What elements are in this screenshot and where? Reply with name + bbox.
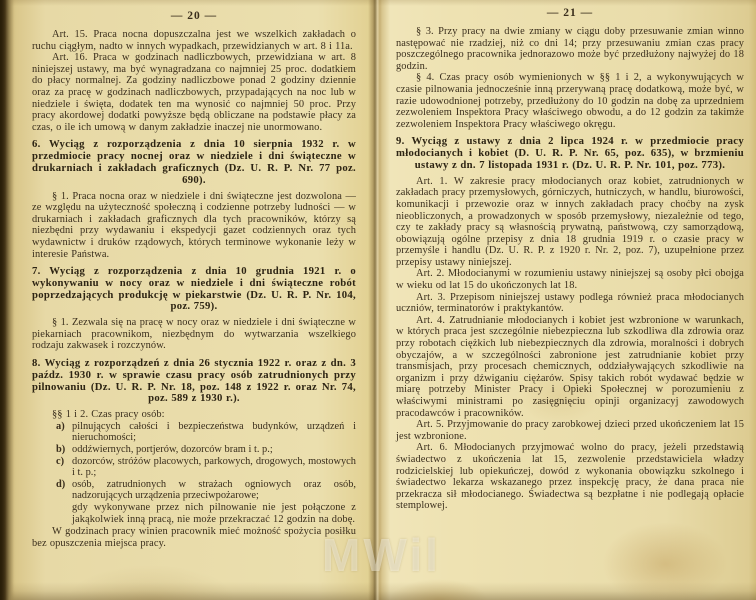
section-9-heading: 9. Wyciąg z ustawy z dnia 2 lipca 1924 r… (396, 136, 744, 171)
list-item-text: pilnujących całości i bezpieczeństwa bud… (72, 421, 356, 444)
section-8-closing: W godzinach pracy winien pracownik mieć … (32, 526, 356, 549)
paragraph-art-6: Art. 6. Młodocianych przyjmować wolno do… (396, 442, 744, 512)
paragraph-art-15: Art. 15. Praca nocna dopuszczalna jest w… (32, 29, 356, 52)
list-item-marker: a) (56, 421, 72, 444)
paragraph-art-2: Art. 2. Młodocianymi w rozumieniu ustawy… (396, 268, 744, 291)
list-item-marker: b) (56, 444, 72, 456)
paragraph-art-3: Art. 3. Przepisom niniejszej ustawy podl… (396, 292, 744, 315)
list-item: b) oddźwiernych, portjerów, dozorców bra… (56, 444, 356, 456)
page-gutter-crease (368, 0, 382, 600)
list-item-marker: d) (56, 479, 72, 502)
paragraph-par-4: § 4. Czas pracy osób wymienionych w §§ 1… (396, 72, 744, 130)
section-8-intro: §§ 1 i 2. Czas pracy osób: (32, 409, 356, 421)
list-item: a) pilnujących całości i bezpieczeństwa … (56, 421, 356, 444)
section-7-paragraph-1: § 1. Zezwala się na pracę w nocy oraz w … (32, 317, 356, 352)
section-7-heading: 7. Wyciąg z rozporządzenia z dnia 10 gru… (32, 266, 356, 313)
page-number-left: — 20 — (32, 10, 356, 22)
book-scan-spread: — 20 — Art. 15. Praca nocna dopuszczalna… (0, 0, 756, 600)
paragraph-art-16: Art. 16. Praca w godzinach nadliczbowych… (32, 52, 356, 133)
list-item-text: oddźwiernych, portjerów, dozorców bram i… (72, 444, 356, 456)
paragraph-art-5: Art. 5. Przyjmowanie do pracy zarobkowej… (396, 419, 744, 442)
section-8-list-continuation: gdy wykonywane przez nich pilnowanie nie… (72, 502, 356, 525)
list-item: c) dozorców, stróżów placowych, parkowyc… (56, 456, 356, 479)
page-number-right: — 21 — (396, 7, 744, 19)
section-6-heading: 6. Wyciąg z rozporządzenia z dnia 10 sie… (32, 139, 356, 186)
section-6-paragraph-1: § 1. Praca nocna oraz w niedziele i dni … (32, 191, 356, 261)
paragraph-par-3: § 3. Przy pracy na dwie zmiany w ciągu d… (396, 26, 744, 72)
left-page: — 20 — Art. 15. Praca nocna dopuszczalna… (16, 0, 368, 600)
list-item-marker: c) (56, 456, 72, 479)
paragraph-art-4: Art. 4. Zatrudnianie młodocianych i kobi… (396, 315, 744, 419)
list-item: d) osób, zatrudnionych w strażach ogniow… (56, 479, 356, 502)
paragraph-art-1: Art. 1. W zakresie pracy młodocianych or… (396, 176, 744, 269)
right-page: — 21 — § 3. Przy pracy na dwie zmiany w … (382, 0, 756, 600)
book-spine-edge (0, 0, 16, 600)
list-item-text: dozorców, stróżów placowych, parkowych, … (72, 456, 356, 479)
section-8-list: a) pilnujących całości i bezpieczeństwa … (56, 421, 356, 502)
section-8-heading: 8. Wyciąg z rozporządzeń z dnia 26 stycz… (32, 358, 356, 405)
list-item-text: osób, zatrudnionych w strażach ogniowych… (72, 479, 356, 502)
